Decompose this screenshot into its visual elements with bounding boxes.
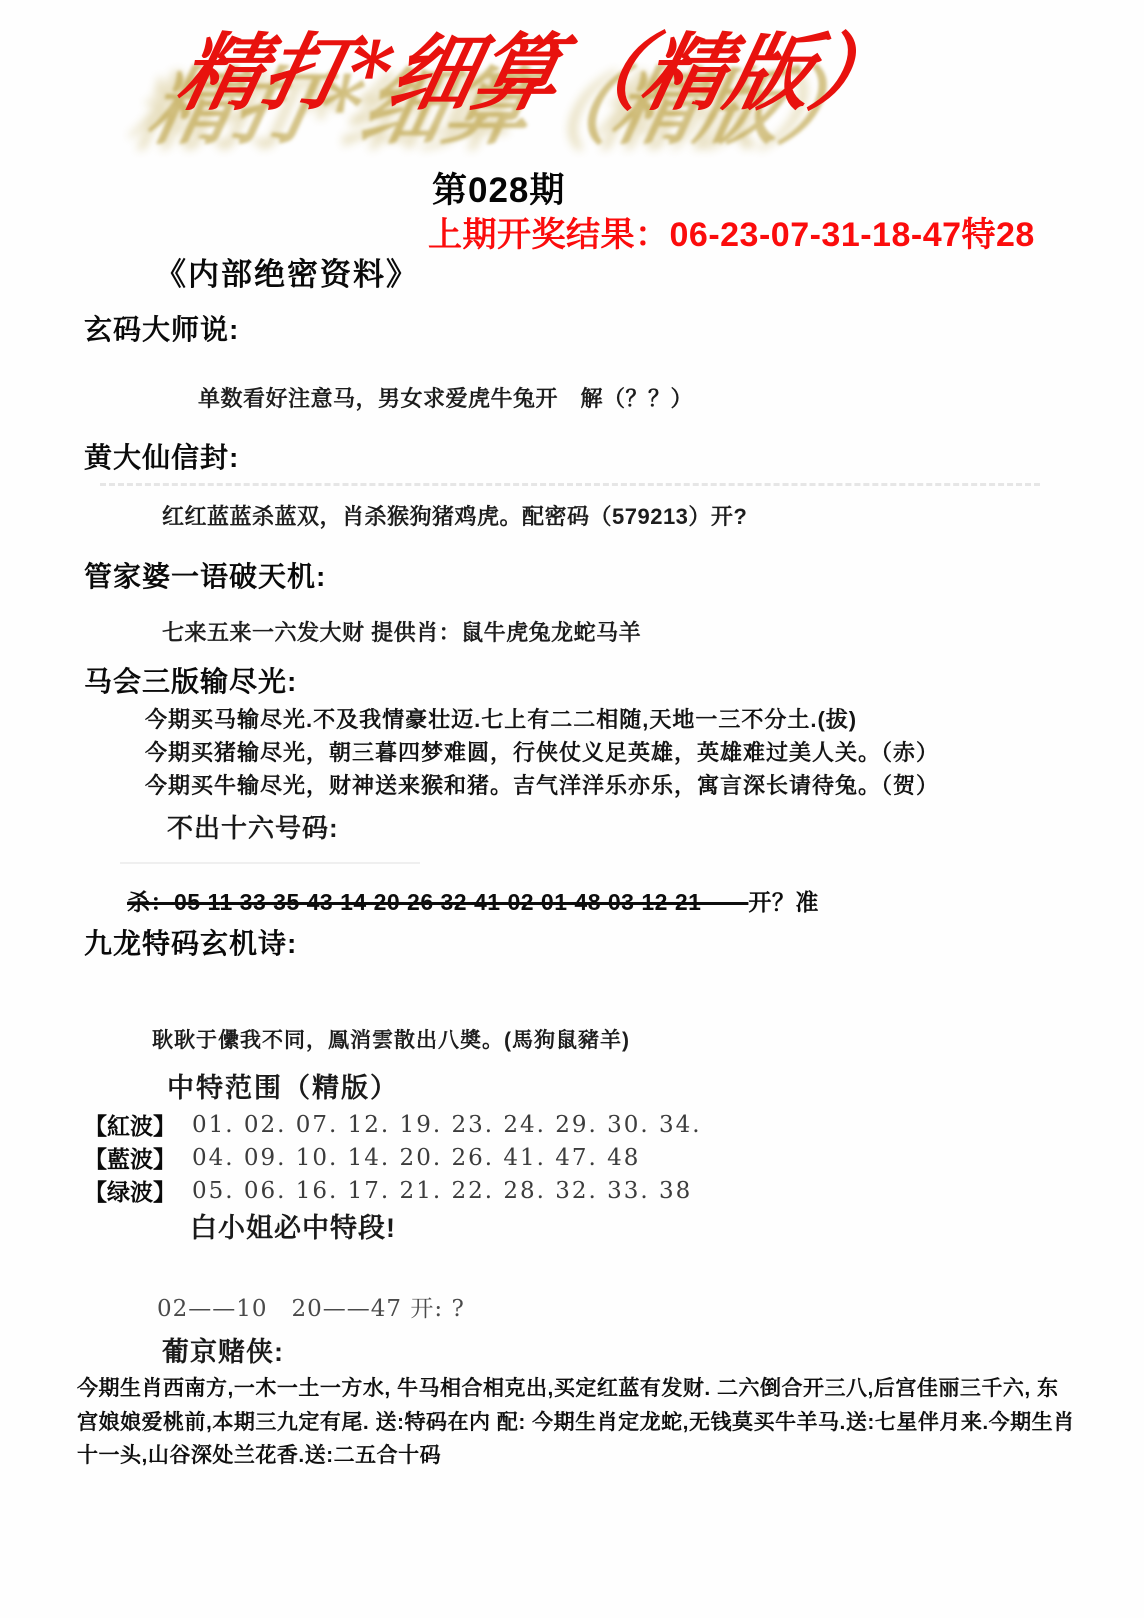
secret-title: 《内部绝密资料》 [155, 249, 419, 294]
wave-numbers-blue: 04. 09. 10. 14. 20. 26. 41. 47. 48 [192, 1145, 640, 1171]
section-heading-xuanma: 玄码大师说: [84, 308, 239, 348]
section-heading-pujing: 葡京赌侠: [162, 1330, 284, 1369]
section-heading-jiulong: 九龙特码玄机诗: [84, 922, 297, 962]
killed-numbers-suffix: 开？准 [748, 889, 819, 915]
section-body-huangdaxian: 红红蓝蓝杀蓝双，肖杀猴狗猪鸡虎。配密码（579213）开? [162, 500, 747, 531]
section-body-pujing: 今期生肖西南方,一木一土一方水, 牛马相合相克出,买定红蓝有发财. 二六倒合开三… [77, 1372, 1077, 1473]
wave-label-red: 【紅波】 [84, 1108, 176, 1141]
section-body-guanjiapo: 七来五来一六发大财 提供肖：鼠牛虎兔龙蛇马羊 [162, 616, 641, 647]
scan-artifact-line [100, 483, 1040, 486]
mahui-verse-line: 今期买牛输尽光，财神送来猴和猪。吉气洋洋乐亦乐，寓言深长请待兔。（贺） [145, 769, 939, 802]
special-range-line: 02——10 20——47 开: ? [157, 1290, 465, 1323]
wave-ranges-block: 【紅波】 01. 02. 07. 12. 19. 23. 24. 29. 30.… [84, 1108, 702, 1207]
section-heading-mahui: 马会三版输尽光: [84, 660, 297, 700]
mahui-verse-block: 今期买马输尽光.不及我情豪壮迈.七上有二二相随,天地一三不分土.(拔) 今期买猪… [145, 703, 939, 802]
wave-row-blue: 【藍波】 04. 09. 10. 14. 20. 26. 41. 47. 48 [84, 1141, 702, 1174]
issue-number: 第028期 [432, 163, 565, 213]
wave-numbers-green: 05. 06. 16. 17. 21. 22. 28. 32. 33. 38 [192, 1178, 692, 1204]
section-heading-guanjiapo: 管家婆一语破天机: [84, 555, 326, 595]
tip-sheet-page: 精打*细算（精版） 第028期 上期开奖结果：06-23-07-31-18-47… [0, 0, 1144, 1618]
section-heading-buchu: 不出十六号码: [167, 808, 339, 845]
mahui-verse-line: 今期买马输尽光.不及我情豪壮迈.七上有二二相随,天地一三不分土.(拔) [145, 703, 939, 736]
section-body-jiulong: 耿耿于儽我不同，鳯消雲散出八奬。(馬狗鼠豬羊) [152, 1024, 630, 1054]
killed-numbers-struck: 杀：05 11 33 35 43 14 20 26 32 41 02 01 48… [127, 889, 748, 915]
wave-label-blue: 【藍波】 [84, 1141, 176, 1174]
section-heading-baixiaojie: 白小姐必中特段! [190, 1206, 396, 1245]
mahui-verse-line: 今期买猪输尽光，朝三暮四梦难圆，行侠仗义足英雄，英雄难过美人关。（赤） [145, 736, 939, 769]
section-body-xuanma: 单数看好注意马，男女求爱虎牛兔开 解（？？） [198, 382, 693, 413]
section-heading-zhongte: 中特范围（精版） [167, 1066, 399, 1105]
section-heading-huangdaxian: 黄大仙信封: [84, 436, 239, 476]
scan-artifact-line [120, 862, 420, 864]
wave-numbers-red: 01. 02. 07. 12. 19. 23. 24. 29. 30. 34. [192, 1112, 702, 1138]
killed-numbers-line: 杀：05 11 33 35 43 14 20 26 32 41 02 01 48… [127, 884, 819, 917]
page-title-banner: 精打*细算（精版） [168, 16, 972, 129]
wave-row-green: 【绿波】 05. 06. 16. 17. 21. 22. 28. 32. 33.… [84, 1174, 702, 1207]
wave-row-red: 【紅波】 01. 02. 07. 12. 19. 23. 24. 29. 30.… [84, 1108, 702, 1141]
wave-label-green: 【绿波】 [84, 1174, 176, 1207]
last-draw-result: 上期开奖结果：06-23-07-31-18-47特28 [428, 207, 1035, 256]
